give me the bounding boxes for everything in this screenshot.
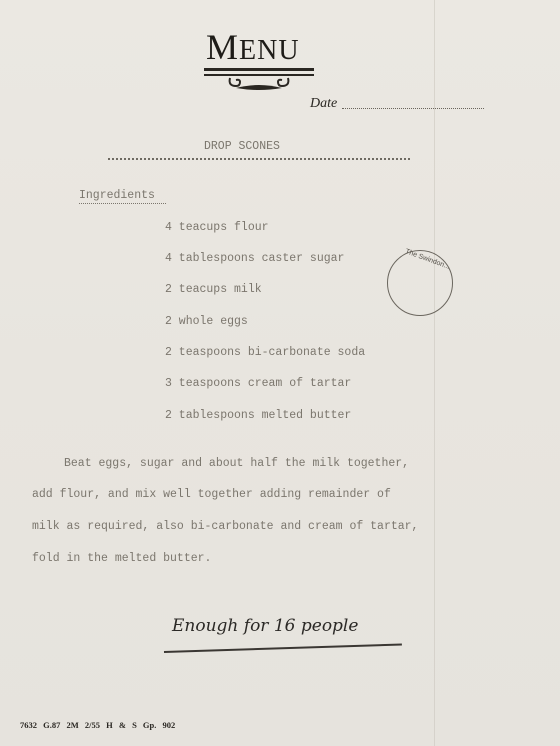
ingredient-item: 3 teaspoons cream of tartar: [165, 377, 351, 390]
ingredient-item: 4 teacups flour: [165, 221, 269, 234]
handwritten-note: Enough for 16 people: [172, 616, 358, 636]
method-line: fold in the melted butter.: [32, 552, 211, 565]
menu-title-initial: M: [206, 27, 239, 67]
method-line: milk as required, also bi-carbonate and …: [32, 520, 418, 533]
ingredient-item: 2 whole eggs: [165, 315, 248, 328]
date-field-line: [342, 108, 484, 109]
title-rule-thick: [204, 68, 314, 71]
menu-title-rest: ENU: [239, 35, 300, 66]
paper-fold-line: [434, 0, 435, 746]
recipe-title: DROP SCONES: [204, 140, 280, 153]
date-label: Date: [310, 96, 337, 112]
ingredient-item: 2 teaspoons bi-carbonate soda: [165, 346, 365, 359]
scroll-ornament-icon: [226, 76, 292, 92]
print-code: 7632 G.87 2M 2/55 H & S Gp. 902: [20, 720, 175, 730]
ingredient-item: 2 teacups milk: [165, 283, 262, 296]
menu-title: MENU: [206, 26, 300, 68]
ingredient-item: 2 tablespoons melted butter: [165, 409, 351, 422]
recipe-title-dotted-line: [108, 158, 410, 160]
method-line: add flour, and mix well together adding …: [32, 488, 391, 501]
ingredients-underline: [79, 203, 166, 204]
ingredients-heading: Ingredients: [79, 189, 155, 202]
ingredient-item: 4 tablespoons caster sugar: [165, 252, 344, 265]
method-line: Beat eggs, sugar and about half the milk…: [64, 457, 409, 470]
